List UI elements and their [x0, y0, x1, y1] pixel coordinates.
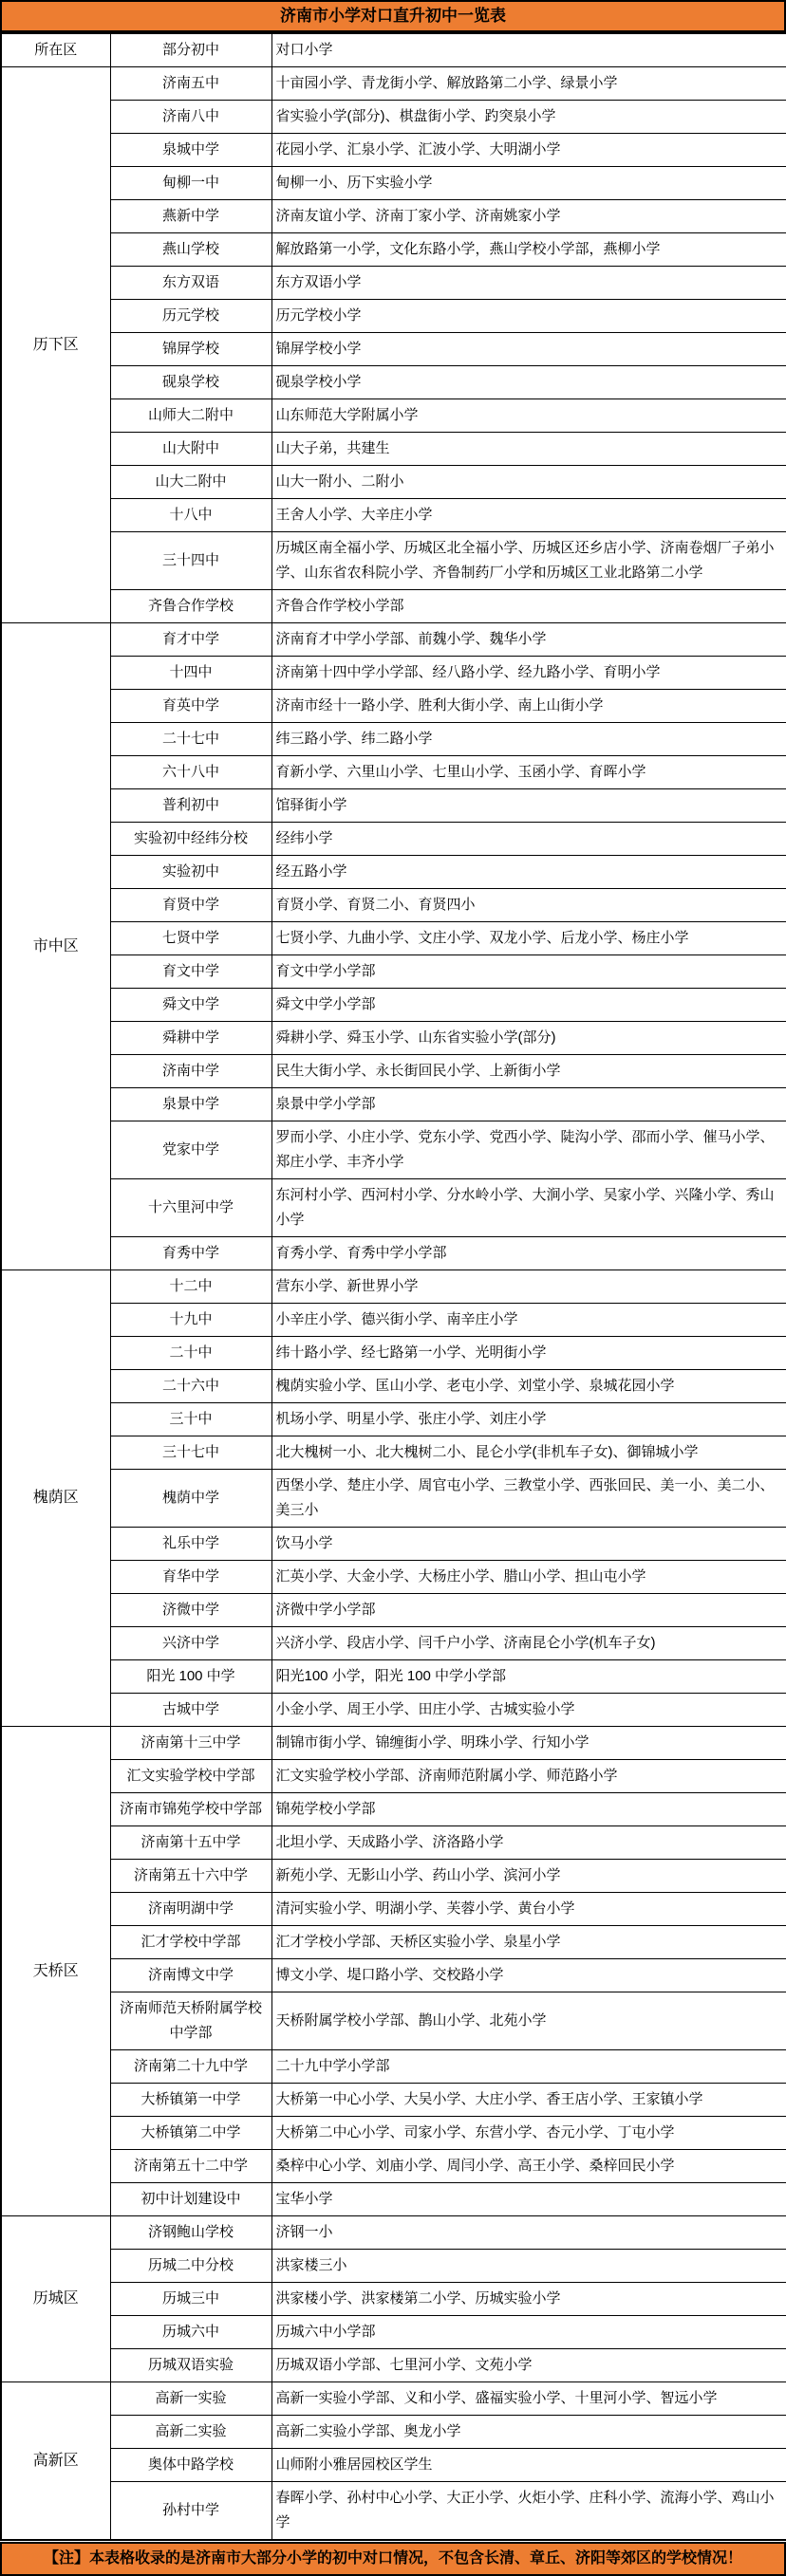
table-row: 育秀中学育秀小学、育秀中学小学部: [1, 1237, 786, 1270]
middle-school-cell: 山大附中: [110, 433, 271, 466]
footer-note: 【注】本表格收录的是济南市大部分小学的初中对口情况，不包含长清、章丘、济阳等郊区…: [0, 2542, 786, 2576]
table-row: 济南师范天桥附属学校中学部天桥附属学校小学部、鹊山小学、北苑小学: [1, 1992, 786, 2050]
primary-schools-cell: 制锦市街小学、锦缠街小学、明珠小学、行知小学: [271, 1727, 786, 1760]
middle-school-cell: 历元学校: [110, 300, 271, 333]
primary-schools-cell: 高新一实验小学部、义和小学、盛福实验小学、十里河小学、智远小学: [271, 2382, 786, 2416]
table-row: 兴济中学兴济小学、段店小学、闫千户小学、济南昆仑小学(机车子女): [1, 1627, 786, 1660]
middle-school-cell: 十六里河中学: [110, 1179, 271, 1237]
table-row: 历下区济南五中十亩园小学、青龙街小学、解放路第二小学、绿景小学: [1, 67, 786, 101]
primary-schools-cell: 山大一附小、二附小: [271, 466, 786, 499]
primary-schools-cell: 砚泉学校小学: [271, 366, 786, 399]
primary-schools-cell: 民生大街小学、永长街回民小学、上新街小学: [271, 1055, 786, 1088]
table-row: 砚泉学校砚泉学校小学: [1, 366, 786, 399]
primary-schools-cell: 济微中学小学部: [271, 1594, 786, 1627]
primary-schools-cell: 锦苑学校小学部: [271, 1793, 786, 1826]
correspondence-table: 所在区 部分初中 对口小学 历下区济南五中十亩园小学、青龙街小学、解放路第二小学…: [0, 32, 786, 2541]
primary-schools-cell: 机场小学、明星小学、张庄小学、刘庄小学: [271, 1403, 786, 1436]
middle-school-cell: 济南第十三中学: [110, 1727, 271, 1760]
middle-school-cell: 泉景中学: [110, 1088, 271, 1121]
table-row: 历元学校历元学校小学: [1, 300, 786, 333]
primary-schools-cell: 育文中学小学部: [271, 955, 786, 989]
table-row: 舜文中学舜文中学小学部: [1, 989, 786, 1022]
primary-schools-cell: 高新二实验小学部、奥龙小学: [271, 2416, 786, 2449]
middle-school-cell: 十九中: [110, 1304, 271, 1337]
table-row: 三十七中北大槐树一小、北大槐树二小、昆仑小学(非机车子女)、御锦城小学: [1, 1436, 786, 1470]
table-row: 济南第五十二中学桑梓中心小学、刘庙小学、周闫小学、高王小学、桑梓回民小学: [1, 2150, 786, 2183]
primary-schools-cell: 小金小学、周王小学、田庄小学、古城实验小学: [271, 1694, 786, 1727]
middle-school-cell: 育才中学: [110, 623, 271, 657]
middle-school-cell: 育华中学: [110, 1561, 271, 1594]
primary-schools-cell: 汇才学校小学部、天桥区实验小学、泉星小学: [271, 1926, 786, 1959]
middle-school-cell: 历城三中: [110, 2283, 271, 2316]
school-correspondence-sheet: 济南市小学对口直升初中一览表 所在区 部分初中 对口小学 历下区济南五中十亩园小…: [0, 0, 786, 2576]
middle-school-cell: 历城双语实验: [110, 2349, 271, 2382]
primary-schools-cell: 花园小学、汇泉小学、汇波小学、大明湖小学: [271, 134, 786, 167]
primary-schools-cell: 甸柳一小、历下实验小学: [271, 167, 786, 200]
district-cell: 高新区: [1, 2382, 110, 2541]
primary-schools-cell: 省实验小学(部分)、棋盘街小学、趵突泉小学: [271, 101, 786, 134]
table-row: 市中区育才中学济南育才中学小学部、前魏小学、魏华小学: [1, 623, 786, 657]
middle-school-cell: 孙村中学: [110, 2482, 271, 2541]
primary-schools-cell: 山大子弟，共建生: [271, 433, 786, 466]
primary-schools-cell: 天桥附属学校小学部、鹊山小学、北苑小学: [271, 1992, 786, 2050]
district-cell: 市中区: [1, 623, 110, 1270]
header-row: 所在区 部分初中 对口小学: [1, 33, 786, 67]
middle-school-cell: 历城六中: [110, 2316, 271, 2349]
middle-school-cell: 济南市锦苑学校中学部: [110, 1793, 271, 1826]
middle-school-cell: 东方双语: [110, 267, 271, 300]
middle-school-cell: 济南中学: [110, 1055, 271, 1088]
primary-schools-cell: 博文小学、堤口路小学、交校路小学: [271, 1959, 786, 1992]
middle-school-cell: 高新二实验: [110, 2416, 271, 2449]
middle-school-cell: 实验初中经纬分校: [110, 823, 271, 856]
middle-school-cell: 汇文实验学校中学部: [110, 1760, 271, 1793]
middle-school-cell: 二十中: [110, 1337, 271, 1370]
primary-schools-cell: 泉景中学小学部: [271, 1088, 786, 1121]
middle-school-cell: 济微中学: [110, 1594, 271, 1627]
middle-school-cell: 十二中: [110, 1270, 271, 1304]
table-row: 济南第十五中学北坦小学、天成路小学、济洛路小学: [1, 1826, 786, 1860]
table-row: 大桥镇第一中学大桥第一中心小学、大吴小学、大庄小学、香王店小学、王家镇小学: [1, 2084, 786, 2117]
primary-schools-cell: 洪家楼小学、洪家楼第二小学、历城实验小学: [271, 2283, 786, 2316]
primary-schools-cell: 馆驿街小学: [271, 789, 786, 823]
table-row: 济南八中省实验小学(部分)、棋盘街小学、趵突泉小学: [1, 101, 786, 134]
primary-schools-cell: 王舍人小学、大辛庄小学: [271, 499, 786, 532]
table-row: 历城三中洪家楼小学、洪家楼第二小学、历城实验小学: [1, 2283, 786, 2316]
table-row: 山师大二附中山东师范大学附属小学: [1, 399, 786, 433]
table-row: 实验初中经纬分校经纬小学: [1, 823, 786, 856]
table-row: 二十七中纬三路小学、纬二路小学: [1, 723, 786, 756]
middle-school-cell: 济南博文中学: [110, 1959, 271, 1992]
table-row: 历城六中历城六中小学部: [1, 2316, 786, 2349]
table-row: 山大附中山大子弟，共建生: [1, 433, 786, 466]
header-primary-schools: 对口小学: [271, 33, 786, 67]
middle-school-cell: 泉城中学: [110, 134, 271, 167]
middle-school-cell: 济南第十五中学: [110, 1826, 271, 1860]
table-row: 齐鲁合作学校齐鲁合作学校小学部: [1, 590, 786, 623]
primary-schools-cell: 育秀小学、育秀中学小学部: [271, 1237, 786, 1270]
middle-school-cell: 济南第二十九中学: [110, 2050, 271, 2084]
middle-school-cell: 济钢鲍山学校: [110, 2216, 271, 2250]
table-row: 实验初中经五路小学: [1, 856, 786, 889]
middle-school-cell: 二十七中: [110, 723, 271, 756]
table-row: 汇文实验学校中学部汇文实验学校小学部、济南师范附属小学、师范路小学: [1, 1760, 786, 1793]
table-row: 十八中王舍人小学、大辛庄小学: [1, 499, 786, 532]
primary-schools-cell: 历元学校小学: [271, 300, 786, 333]
table-row: 历城二中分校洪家楼三小: [1, 2250, 786, 2283]
primary-schools-cell: 清河实验小学、明湖小学、芙蓉小学、黄台小学: [271, 1893, 786, 1926]
middle-school-cell: 舜耕中学: [110, 1022, 271, 1055]
primary-schools-cell: 北坦小学、天成路小学、济洛路小学: [271, 1826, 786, 1860]
middle-school-cell: 济南五中: [110, 67, 271, 101]
primary-schools-cell: 纬十路小学、经七路第一小学、光明街小学: [271, 1337, 786, 1370]
table-row: 山大二附中山大一附小、二附小: [1, 466, 786, 499]
middle-school-cell: 山师大二附中: [110, 399, 271, 433]
primary-schools-cell: 育贤小学、育贤二小、育贤四小: [271, 889, 786, 922]
table-row: 初中计划建设中宝华小学: [1, 2183, 786, 2216]
primary-schools-cell: 育新小学、六里山小学、七里山小学、玉函小学、育晖小学: [271, 756, 786, 789]
table-row: 二十六中槐荫实验小学、匡山小学、老屯小学、刘堂小学、泉城花园小学: [1, 1370, 786, 1403]
table-row: 高新二实验高新二实验小学部、奥龙小学: [1, 2416, 786, 2449]
primary-schools-cell: 桑梓中心小学、刘庙小学、周闫小学、高王小学、桑梓回民小学: [271, 2150, 786, 2183]
table-row: 东方双语东方双语小学: [1, 267, 786, 300]
middle-school-cell: 育贤中学: [110, 889, 271, 922]
primary-schools-cell: 阳光100 小学，阳光 100 中学小学部: [271, 1660, 786, 1694]
middle-school-cell: 实验初中: [110, 856, 271, 889]
table-row: 礼乐中学饮马小学: [1, 1528, 786, 1561]
table-row: 济微中学济微中学小学部: [1, 1594, 786, 1627]
primary-schools-cell: 舜耕小学、舜玉小学、山东省实验小学(部分): [271, 1022, 786, 1055]
middle-school-cell: 初中计划建设中: [110, 2183, 271, 2216]
middle-school-cell: 汇才学校中学部: [110, 1926, 271, 1959]
primary-schools-cell: 纬三路小学、纬二路小学: [271, 723, 786, 756]
table-row: 泉景中学泉景中学小学部: [1, 1088, 786, 1121]
middle-school-cell: 燕新中学: [110, 200, 271, 233]
table-row: 高新区高新一实验高新一实验小学部、义和小学、盛福实验小学、十里河小学、智远小学: [1, 2382, 786, 2416]
middle-school-cell: 二十六中: [110, 1370, 271, 1403]
header-middle-school: 部分初中: [110, 33, 271, 67]
middle-school-cell: 燕山学校: [110, 233, 271, 267]
table-row: 燕山学校解放路第一小学，文化东路小学，燕山学校小学部，燕柳小学: [1, 233, 786, 267]
table-row: 舜耕中学舜耕小学、舜玉小学、山东省实验小学(部分): [1, 1022, 786, 1055]
table-row: 六十八中育新小学、六里山小学、七里山小学、玉函小学、育晖小学: [1, 756, 786, 789]
table-row: 党家中学罗而小学、小庄小学、党东小学、党西小学、陡沟小学、邵而小学、催马小学、郑…: [1, 1121, 786, 1179]
district-cell: 历下区: [1, 67, 110, 623]
table-row: 济南市锦苑学校中学部锦苑学校小学部: [1, 1793, 786, 1826]
middle-school-cell: 三十七中: [110, 1436, 271, 1470]
middle-school-cell: 锦屏学校: [110, 333, 271, 366]
middle-school-cell: 济南第五十六中学: [110, 1860, 271, 1893]
primary-schools-cell: 东方双语小学: [271, 267, 786, 300]
primary-schools-cell: 历城双语小学部、七里河小学、文苑小学: [271, 2349, 786, 2382]
middle-school-cell: 甸柳一中: [110, 167, 271, 200]
table-row: 大桥镇第二中学大桥第二中心小学、司家小学、东营小学、杏元小学、丁屯小学: [1, 2117, 786, 2150]
middle-school-cell: 礼乐中学: [110, 1528, 271, 1561]
primary-schools-cell: 北大槐树一小、北大槐树二小、昆仑小学(非机车子女)、御锦城小学: [271, 1436, 786, 1470]
middle-school-cell: 济南师范天桥附属学校中学部: [110, 1992, 271, 2050]
primary-schools-cell: 二十九中学小学部: [271, 2050, 786, 2084]
district-cell: 历城区: [1, 2216, 110, 2382]
middle-school-cell: 兴济中学: [110, 1627, 271, 1660]
primary-schools-cell: 历城区南全福小学、历城区北全福小学、历城区还乡店小学、济南卷烟厂子弟小学、山东省…: [271, 532, 786, 590]
district-cell: 槐荫区: [1, 1270, 110, 1727]
table-row: 三十中机场小学、明星小学、张庄小学、刘庄小学: [1, 1403, 786, 1436]
primary-schools-cell: 兴济小学、段店小学、闫千户小学、济南昆仑小学(机车子女): [271, 1627, 786, 1660]
middle-school-cell: 普利初中: [110, 789, 271, 823]
middle-school-cell: 育秀中学: [110, 1237, 271, 1270]
table-row: 天桥区济南第十三中学制锦市街小学、锦缠街小学、明珠小学、行知小学: [1, 1727, 786, 1760]
table-row: 育贤中学育贤小学、育贤二小、育贤四小: [1, 889, 786, 922]
middle-school-cell: 古城中学: [110, 1694, 271, 1727]
middle-school-cell: 党家中学: [110, 1121, 271, 1179]
primary-schools-cell: 山东师范大学附属小学: [271, 399, 786, 433]
table-row: 槐荫区十二中营东小学、新世界小学: [1, 1270, 786, 1304]
primary-schools-cell: 洪家楼三小: [271, 2250, 786, 2283]
middle-school-cell: 十四中: [110, 657, 271, 690]
table-row: 十九中小辛庄小学、德兴街小学、南辛庄小学: [1, 1304, 786, 1337]
table-row: 泉城中学花园小学、汇泉小学、汇波小学、大明湖小学: [1, 134, 786, 167]
table-body: 历下区济南五中十亩园小学、青龙街小学、解放路第二小学、绿景小学济南八中省实验小学…: [1, 67, 786, 2541]
table-row: 历城区济钢鲍山学校济钢一小: [1, 2216, 786, 2250]
table-row: 七贤中学七贤小学、九曲小学、文庄小学、双龙小学、后龙小学、杨庄小学: [1, 922, 786, 955]
primary-schools-cell: 东河村小学、西河村小学、分水岭小学、大涧小学、吴家小学、兴隆小学、秀山小学: [271, 1179, 786, 1237]
middle-school-cell: 阳光 100 中学: [110, 1660, 271, 1694]
primary-schools-cell: 济南育才中学小学部、前魏小学、魏华小学: [271, 623, 786, 657]
middle-school-cell: 济南第五十二中学: [110, 2150, 271, 2183]
table-row: 孙村中学春晖小学、孙村中心小学、大正小学、火炬小学、庄科小学、流海小学、鸡山小学: [1, 2482, 786, 2541]
primary-schools-cell: 槐荫实验小学、匡山小学、老屯小学、刘堂小学、泉城花园小学: [271, 1370, 786, 1403]
middle-school-cell: 七贤中学: [110, 922, 271, 955]
middle-school-cell: 十八中: [110, 499, 271, 532]
primary-schools-cell: 七贤小学、九曲小学、文庄小学、双龙小学、后龙小学、杨庄小学: [271, 922, 786, 955]
primary-schools-cell: 汇文实验学校小学部、济南师范附属小学、师范路小学: [271, 1760, 786, 1793]
header-district: 所在区: [1, 33, 110, 67]
table-row: 育华中学汇英小学、大金小学、大杨庄小学、腊山小学、担山屯小学: [1, 1561, 786, 1594]
table-row: 燕新中学济南友谊小学、济南丁家小学、济南姚家小学: [1, 200, 786, 233]
middle-school-cell: 济南八中: [110, 101, 271, 134]
primary-schools-cell: 小辛庄小学、德兴街小学、南辛庄小学: [271, 1304, 786, 1337]
table-row: 普利初中馆驿街小学: [1, 789, 786, 823]
middle-school-cell: 育文中学: [110, 955, 271, 989]
primary-schools-cell: 饮马小学: [271, 1528, 786, 1561]
primary-schools-cell: 营东小学、新世界小学: [271, 1270, 786, 1304]
primary-schools-cell: 大桥第一中心小学、大吴小学、大庄小学、香王店小学、王家镇小学: [271, 2084, 786, 2117]
primary-schools-cell: 宝华小学: [271, 2183, 786, 2216]
table-row: 阳光 100 中学阳光100 小学，阳光 100 中学小学部: [1, 1660, 786, 1694]
table-row: 济南第五十六中学新苑小学、无影山小学、药山小学、滨河小学: [1, 1860, 786, 1893]
middle-school-cell: 齐鲁合作学校: [110, 590, 271, 623]
table-row: 槐荫中学西堡小学、楚庄小学、周官屯小学、三教堂小学、西张回民、美一小、美二小、美…: [1, 1470, 786, 1528]
primary-schools-cell: 历城六中小学部: [271, 2316, 786, 2349]
primary-schools-cell: 济南友谊小学、济南丁家小学、济南姚家小学: [271, 200, 786, 233]
primary-schools-cell: 春晖小学、孙村中心小学、大正小学、火炬小学、庄科小学、流海小学、鸡山小学: [271, 2482, 786, 2541]
district-cell: 天桥区: [1, 1727, 110, 2216]
primary-schools-cell: 舜文中学小学部: [271, 989, 786, 1022]
middle-school-cell: 奥体中路学校: [110, 2449, 271, 2482]
middle-school-cell: 高新一实验: [110, 2382, 271, 2416]
middle-school-cell: 六十八中: [110, 756, 271, 789]
middle-school-cell: 历城二中分校: [110, 2250, 271, 2283]
middle-school-cell: 大桥镇第二中学: [110, 2117, 271, 2150]
table-row: 三十四中历城区南全福小学、历城区北全福小学、历城区还乡店小学、济南卷烟厂子弟小学…: [1, 532, 786, 590]
middle-school-cell: 大桥镇第一中学: [110, 2084, 271, 2117]
primary-schools-cell: 罗而小学、小庄小学、党东小学、党西小学、陡沟小学、邵而小学、催马小学、郑庄小学、…: [271, 1121, 786, 1179]
middle-school-cell: 砚泉学校: [110, 366, 271, 399]
primary-schools-cell: 经五路小学: [271, 856, 786, 889]
primary-schools-cell: 汇英小学、大金小学、大杨庄小学、腊山小学、担山屯小学: [271, 1561, 786, 1594]
middle-school-cell: 三十四中: [110, 532, 271, 590]
middle-school-cell: 槐荫中学: [110, 1470, 271, 1528]
table-row: 十六里河中学东河村小学、西河村小学、分水岭小学、大涧小学、吴家小学、兴隆小学、秀…: [1, 1179, 786, 1237]
table-row: 二十中纬十路小学、经七路第一小学、光明街小学: [1, 1337, 786, 1370]
middle-school-cell: 三十中: [110, 1403, 271, 1436]
middle-school-cell: 育英中学: [110, 690, 271, 723]
table-row: 锦屏学校锦屏学校小学: [1, 333, 786, 366]
primary-schools-cell: 解放路第一小学，文化东路小学，燕山学校小学部，燕柳小学: [271, 233, 786, 267]
table-row: 济南中学民生大街小学、永长街回民小学、上新街小学: [1, 1055, 786, 1088]
table-row: 汇才学校中学部汇才学校小学部、天桥区实验小学、泉星小学: [1, 1926, 786, 1959]
table-row: 济南博文中学博文小学、堤口路小学、交校路小学: [1, 1959, 786, 1992]
table-row: 育英中学济南市经十一路小学、胜利大街小学、南上山街小学: [1, 690, 786, 723]
table-row: 古城中学小金小学、周王小学、田庄小学、古城实验小学: [1, 1694, 786, 1727]
primary-schools-cell: 经纬小学: [271, 823, 786, 856]
primary-schools-cell: 大桥第二中心小学、司家小学、东营小学、杏元小学、丁屯小学: [271, 2117, 786, 2150]
table-row: 历城双语实验历城双语小学部、七里河小学、文苑小学: [1, 2349, 786, 2382]
primary-schools-cell: 济南第十四中学小学部、经八路小学、经九路小学、育明小学: [271, 657, 786, 690]
primary-schools-cell: 西堡小学、楚庄小学、周官屯小学、三教堂小学、西张回民、美一小、美二小、美三小: [271, 1470, 786, 1528]
table-row: 奥体中路学校山师附小雅居园校区学生: [1, 2449, 786, 2482]
table-row: 济南第二十九中学二十九中学小学部: [1, 2050, 786, 2084]
table-row: 甸柳一中甸柳一小、历下实验小学: [1, 167, 786, 200]
middle-school-cell: 舜文中学: [110, 989, 271, 1022]
table-row: 十四中济南第十四中学小学部、经八路小学、经九路小学、育明小学: [1, 657, 786, 690]
primary-schools-cell: 济南市经十一路小学、胜利大街小学、南上山街小学: [271, 690, 786, 723]
page-title: 济南市小学对口直升初中一览表: [0, 0, 786, 32]
middle-school-cell: 山大二附中: [110, 466, 271, 499]
middle-school-cell: 济南明湖中学: [110, 1893, 271, 1926]
primary-schools-cell: 锦屏学校小学: [271, 333, 786, 366]
table-row: 济南明湖中学清河实验小学、明湖小学、芙蓉小学、黄台小学: [1, 1893, 786, 1926]
primary-schools-cell: 山师附小雅居园校区学生: [271, 2449, 786, 2482]
primary-schools-cell: 十亩园小学、青龙街小学、解放路第二小学、绿景小学: [271, 67, 786, 101]
primary-schools-cell: 济钢一小: [271, 2216, 786, 2250]
primary-schools-cell: 齐鲁合作学校小学部: [271, 590, 786, 623]
table-row: 育文中学育文中学小学部: [1, 955, 786, 989]
primary-schools-cell: 新苑小学、无影山小学、药山小学、滨河小学: [271, 1860, 786, 1893]
